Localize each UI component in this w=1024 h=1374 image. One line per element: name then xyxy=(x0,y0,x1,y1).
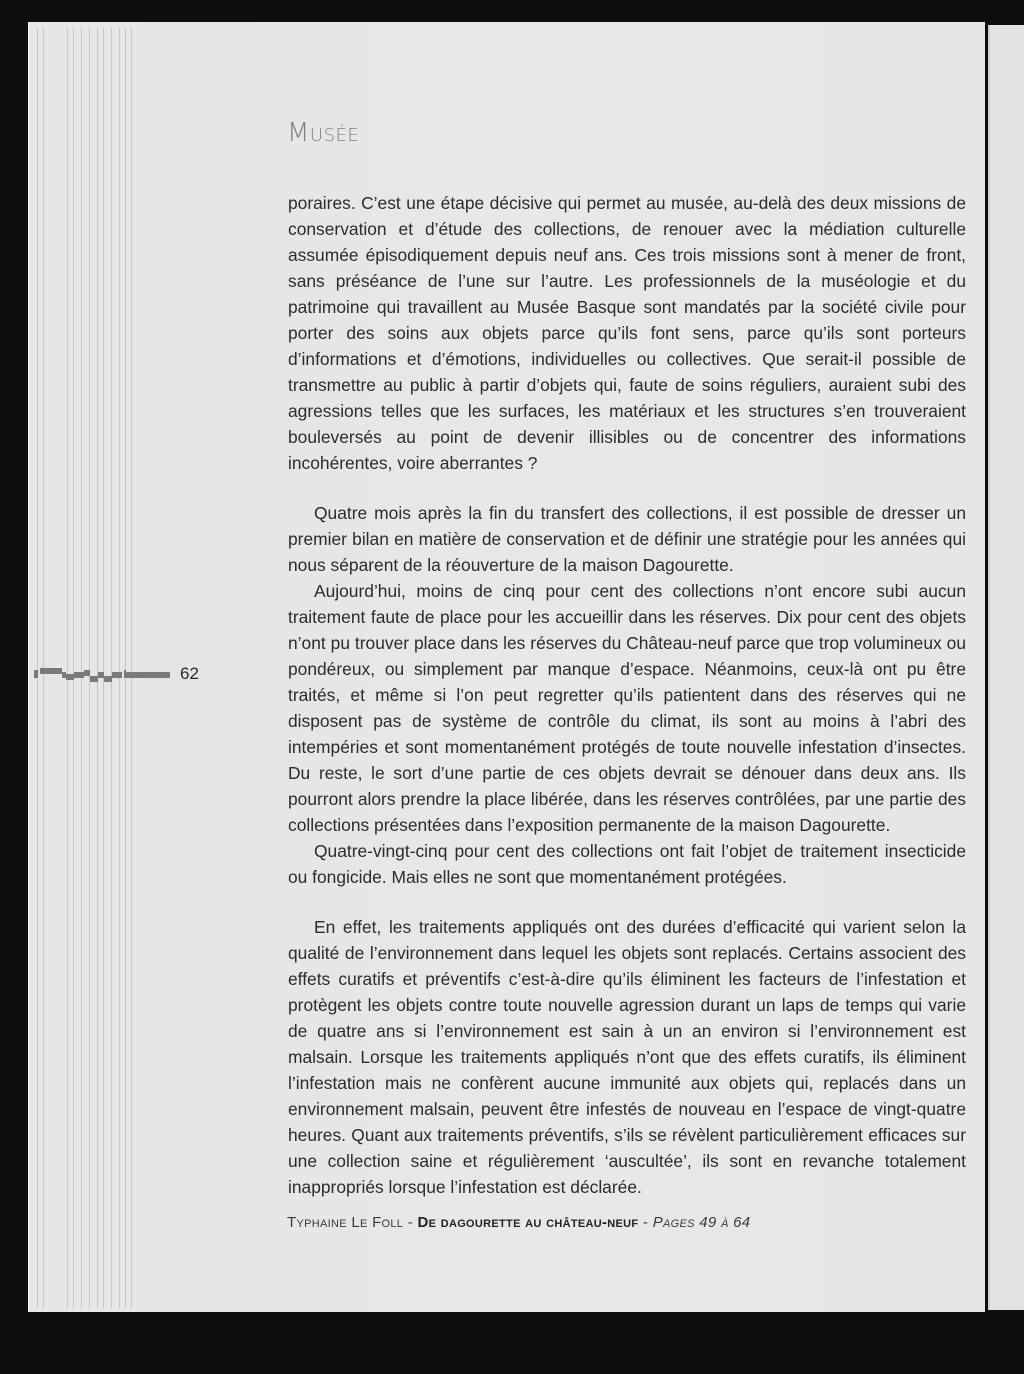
paragraph: Aujourd’hui, moins de cinq pour cent des… xyxy=(288,578,966,838)
footer-page-range: Pages 49 à 64 xyxy=(653,1214,751,1231)
page-edges-stack xyxy=(28,22,159,1312)
page-footer: Typhaine Le Foll - De dagourette au chât… xyxy=(287,1214,750,1231)
paragraph: En effet, les traitements appliqués ont … xyxy=(288,914,966,1200)
footer-separator: - xyxy=(403,1214,417,1231)
paragraph: Quatre-vingt-cinq pour cent des collecti… xyxy=(288,838,966,890)
thumb-index-tab xyxy=(32,668,172,682)
body-text: poraires. C’est une étape décisive qui p… xyxy=(288,190,966,1200)
paragraph: poraires. C’est une étape décisive qui p… xyxy=(288,190,966,476)
page-number: 62 xyxy=(180,664,199,684)
facing-page-edge xyxy=(988,25,1024,1310)
running-head: Musée xyxy=(287,118,359,148)
footer-article-title: De dagourette au château-neuf xyxy=(417,1214,638,1231)
paragraph: Quatre mois après la fin du transfert de… xyxy=(288,500,966,578)
footer-author: Typhaine Le Foll xyxy=(287,1214,403,1231)
footer-separator: - xyxy=(638,1214,652,1231)
